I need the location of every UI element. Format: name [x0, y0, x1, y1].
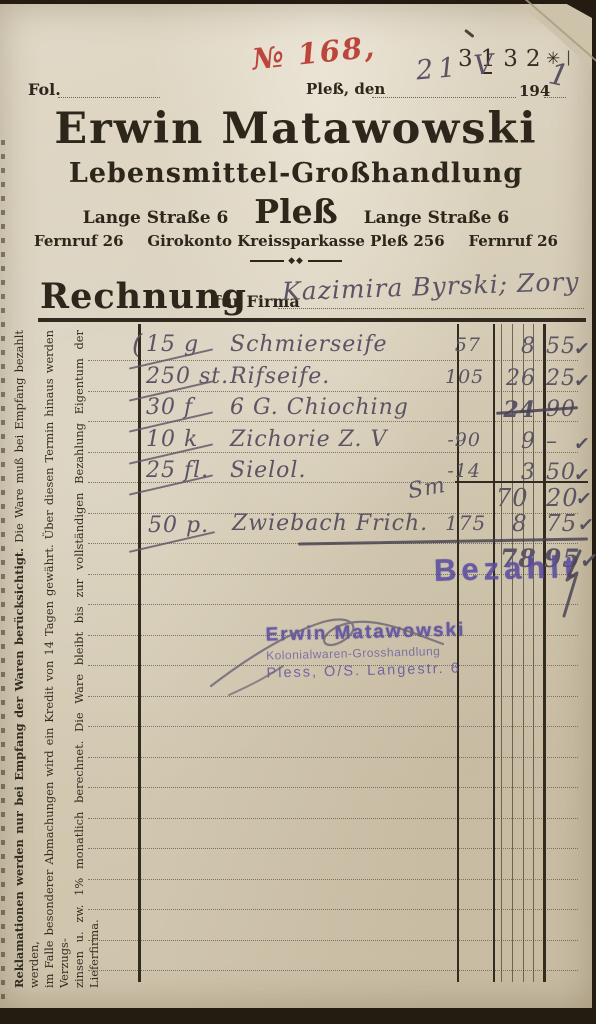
- dotted-line: [88, 818, 578, 819]
- row-checkmark: ✓: [573, 337, 591, 361]
- ornament-divider: ◆◆: [0, 256, 592, 266]
- table-top-rule: [38, 318, 586, 322]
- qty-cell: 250 st.: [146, 364, 229, 389]
- unit-cell: 57: [445, 334, 481, 356]
- terms-line-1: Reklamationen werden nur bei Empfang der…: [12, 330, 42, 988]
- dotted-line: [88, 940, 578, 941]
- dotted-line: [88, 970, 578, 971]
- dotted-line: [88, 909, 578, 910]
- extra-pfennig: 75: [546, 511, 577, 537]
- column-rule-3: [493, 324, 495, 982]
- ornament-line-left: [250, 260, 284, 262]
- qty-cell: 30 f: [146, 395, 193, 420]
- unit-cell: -90: [445, 429, 481, 451]
- phone-left: Fernruf 26: [34, 232, 124, 250]
- terms-line-3: zinsen u. zw. 1% monatlich berechnet. Di…: [72, 330, 102, 988]
- pf-cell: 25: [546, 366, 576, 391]
- subtotal-checkmark: ✓: [575, 487, 593, 511]
- terms-text: Reklamationen werden nur bei Empfang der…: [12, 330, 64, 988]
- street-right: Lange Straße 6: [364, 208, 510, 228]
- extra-mark: 8: [512, 511, 528, 537]
- dotted-line: [88, 848, 578, 849]
- extra-checkmark: ✓: [577, 513, 595, 537]
- pencil-flourish-mark: [550, 548, 596, 620]
- terms-sidebar: Reklamationen werden nur bei Empfang der…: [12, 330, 68, 990]
- row-checkmark: ✓: [573, 432, 591, 456]
- ornament-line-right: [308, 260, 342, 262]
- ornament-diamonds: ◆◆: [288, 256, 304, 266]
- desc-cell: Zichorie Z. V: [230, 427, 387, 452]
- subtotal-pfennig: 20: [546, 484, 579, 512]
- vendor-business: Lebensmittel-Großhandlung: [0, 158, 592, 189]
- mark-cell: 9: [496, 429, 536, 454]
- dotted-line: [88, 757, 578, 758]
- city-name: Pleß: [254, 192, 337, 231]
- desc-cell: 6 G. Chioching: [230, 395, 409, 420]
- dotted-line: [88, 726, 578, 727]
- column-rule-1: [138, 324, 141, 982]
- unit-cell: -14: [445, 460, 481, 482]
- left-perforation-edge: [1, 140, 5, 1000]
- subtotal-mark: 70: [496, 484, 529, 512]
- unit-cell: 105: [445, 366, 481, 388]
- street-left: Lange Straße 6: [83, 208, 229, 228]
- extra-desc: Zwiebach Frich.: [232, 511, 428, 536]
- pf-cell: 55: [546, 334, 576, 359]
- folio-label: Fol.: [28, 80, 61, 99]
- column-rule-4: [543, 324, 546, 982]
- photographed-invoice: № 168, 3132 ✳ | Fol. Pleß, den 21 V 194 …: [0, 0, 596, 1024]
- row-checkmark: ✓: [573, 369, 591, 393]
- mark-cell: 8: [496, 334, 536, 359]
- vendor-name: Erwin Matawowski: [0, 104, 592, 154]
- dotted-line: [88, 787, 578, 788]
- extra-unit-price: 175: [445, 511, 481, 535]
- address-line: Lange Straße 6 Pleß Lange Straße 6: [0, 192, 592, 231]
- desc-cell: Sielol.: [230, 458, 306, 483]
- desc-cell: Schmierseife: [230, 332, 388, 357]
- contact-line: Fernruf 26 Girokonto Kreissparkasse Pleß…: [0, 232, 592, 250]
- mark-cell: 26: [496, 366, 536, 391]
- dotted-line: [88, 879, 578, 880]
- pf-cell: –: [546, 429, 558, 454]
- date-dotted-line: [372, 82, 516, 98]
- row1-bracket: (: [132, 330, 143, 360]
- phone-right: Fernruf 26: [468, 232, 558, 250]
- subtotal-rule: [455, 481, 588, 483]
- folio-dotted-line: [58, 82, 160, 98]
- desc-cell: Rifseife.: [230, 364, 330, 389]
- signature: [205, 600, 485, 700]
- terms-line-2: im Falle besonderer Abmachungen wird ein…: [42, 330, 72, 988]
- bank-account: Girokonto Kreissparkasse Pleß 256: [147, 232, 444, 250]
